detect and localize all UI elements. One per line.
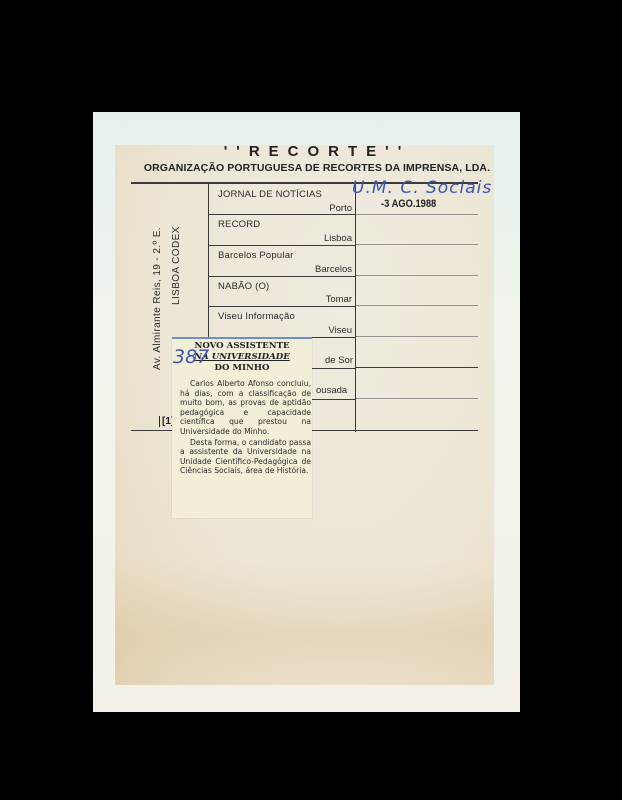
row-rule xyxy=(208,306,355,307)
date-rule xyxy=(356,336,478,337)
clipping-body: Carlos Alberto Afonso concluiu, há dias,… xyxy=(180,379,311,476)
newspaper-name: Viseu Informação xyxy=(218,311,295,322)
newspaper-city: Viseu xyxy=(328,325,352,336)
date-rule xyxy=(356,214,478,215)
newspaper-name: RECORD xyxy=(218,219,260,230)
row-rule xyxy=(208,276,355,277)
newspaper-name: JORNAL DE NOTÍCIAS xyxy=(218,189,322,200)
row-rule xyxy=(208,214,355,215)
clipping-paragraph: Carlos Alberto Afonso concluiu, há dias,… xyxy=(180,379,311,437)
newspaper-city: Porto xyxy=(329,203,352,214)
newspaper-city: Barcelos xyxy=(315,264,352,275)
date-rule xyxy=(356,275,478,276)
date-stamp: -3 AGO.1988 xyxy=(381,198,436,210)
row-rule xyxy=(312,399,355,400)
clipping-blue-edge xyxy=(172,337,312,339)
date-rule xyxy=(356,398,478,399)
date-rule xyxy=(356,305,478,306)
date-column-divider xyxy=(355,184,356,432)
newspaper-city: Lisboa xyxy=(324,233,352,244)
agency-address-street: Av. Almirante Reis, 19 - 2.º E. xyxy=(152,227,163,370)
clipping-paragraph: Desta forma, o candidato passa a assiste… xyxy=(180,438,311,476)
row-rule xyxy=(312,368,355,369)
newspaper-city: de Sor xyxy=(325,355,353,366)
newspaper-name: NABÃO (O) xyxy=(218,281,269,292)
newspaper-city: ousada xyxy=(316,385,347,396)
date-rule xyxy=(356,367,478,368)
date-rule xyxy=(356,244,478,245)
agency-subtitle: ORGANIZAÇÃO PORTUGUESA DE RECORTES DA IM… xyxy=(0,162,622,174)
handwritten-source-note: U.M. C. Sociais xyxy=(352,178,492,198)
agency-address-city: LISBOA CODEX xyxy=(171,226,182,305)
newspaper-city: Tomar xyxy=(326,294,352,305)
row-rule xyxy=(208,245,355,246)
agency-title: ''RECORTE'' xyxy=(0,143,622,160)
newspaper-name: Barcelos Popular xyxy=(218,250,294,261)
handwritten-number: 387 xyxy=(173,346,209,368)
paper-stain xyxy=(115,560,494,685)
